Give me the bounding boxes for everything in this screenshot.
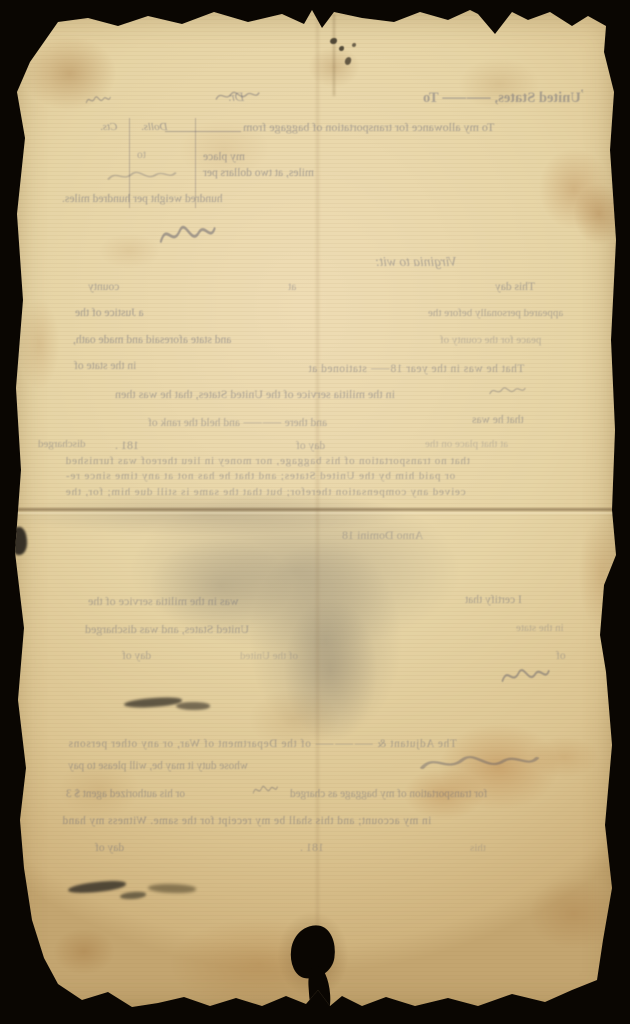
gray-stain (283, 598, 378, 743)
ghost-text-line: The Adjutant & ⸺⸺⸺ of the Department of … (68, 735, 457, 751)
ghost-text-line: Virginia to wit: (375, 254, 457, 270)
ghost-text-line: that no transportation of his baggage, n… (65, 455, 470, 467)
ink-smear (124, 696, 182, 708)
ghost-text-line: 181 . (115, 438, 139, 453)
rank-squiggle (488, 384, 526, 398)
ghost-text-line: That he was in the year 18⸺ stationed at (308, 360, 524, 376)
ghost-text-line: to (137, 149, 146, 161)
ghost-text-line: for transportation of my baggage as char… (290, 788, 487, 800)
ghost-text-line: at that place on the (425, 438, 508, 450)
ghost-text-line: Anno Domini 18 (342, 528, 423, 543)
ghost-text-line: ceived any compensation therefor; but th… (65, 486, 466, 498)
ghost-text-line: and there ⸺⸺ and held the rank of (148, 414, 327, 430)
ghost-text-line: or his authorized agent $ 3 (66, 788, 185, 800)
foxing (573, 183, 625, 245)
ghost-text-line: peace for the county of (440, 334, 541, 346)
ghost-text-line: Dolls. (141, 121, 168, 133)
baggage-from-blank (165, 131, 241, 132)
ghost-text-line: United States, ⸺⸺ To (423, 86, 581, 107)
ghost-text-line: my place (203, 151, 245, 163)
ghost-text-line: county (88, 281, 119, 293)
ghost-text-line: 181 . (300, 840, 324, 855)
ghost-text-line: day of (95, 842, 124, 854)
ghost-text-line: United States, and was discharged (85, 622, 249, 637)
ink-smear (148, 883, 196, 894)
ghost-text-line: in my account; and this shall be my rece… (62, 815, 431, 827)
ink-speck (330, 38, 337, 44)
ghost-text-line: or paid him by the United States; and th… (65, 470, 455, 482)
miles-scrawl (105, 168, 177, 184)
ghost-text-line: whose duty it may be, will please to pay (68, 760, 248, 772)
ghost-text-line: hundred weight per hundred miles. (62, 193, 223, 205)
ghost-text-line: Cts. (100, 121, 117, 133)
ghost-text-line: and state aforesaid and made oath, (73, 334, 231, 346)
ghost-text-line: this (470, 842, 486, 854)
ghost-text-line: To my allowance for transportation of ba… (243, 120, 494, 135)
ghost-text-line: of the United (240, 650, 298, 662)
top-notch-crease (333, 14, 335, 96)
ghost-text-line: at (288, 281, 296, 293)
ghost-text-line: discharged (38, 438, 85, 450)
ink-smear (120, 891, 146, 899)
amount-scrawl (252, 782, 278, 798)
ghost-text-line: day of (122, 650, 151, 662)
ghost-text-line: that he was (472, 414, 524, 426)
margin-doodle (158, 218, 216, 252)
ghost-text-line: day of (296, 440, 325, 452)
gray-stain (148, 538, 293, 633)
blotch (53, 928, 115, 975)
ghost-text-line: appeared personally before the (428, 307, 563, 319)
aged-paper-sheet: ’United States, ⸺⸺ ToDr.Cts.Dolls.To my … (0, 0, 630, 1024)
ghost-text-line: This day (495, 281, 535, 293)
foxing (98, 233, 160, 269)
edge-streak (18, 298, 60, 390)
ghost-text-line: a Justice of the (75, 307, 144, 319)
ink-smear (176, 701, 210, 710)
ghost-text-line: in the state of (74, 360, 136, 372)
ghost-text-line: in the militia service of the United Sta… (115, 387, 395, 402)
signature-flourish (500, 663, 550, 689)
ghost-text-line: miles, at two dollars per (203, 167, 314, 179)
vertical-fold-crease (316, 10, 319, 1010)
photo-background: ’United States, ⸺⸺ ToDr.Cts.Dolls.To my … (0, 0, 630, 1024)
ghost-text-line: I certify that (465, 594, 522, 606)
corner-blotch (528, 878, 620, 950)
manuscript-curl (85, 93, 111, 107)
ghost-text-line: of (556, 650, 566, 662)
payee-scrawl (416, 750, 540, 776)
ghost-text-line: in the state (516, 622, 564, 634)
ghost-text-line: was in the militia service of the (88, 594, 239, 609)
edge-streak (578, 518, 625, 630)
dr-flourish (214, 88, 260, 104)
ink-smear (68, 879, 127, 894)
